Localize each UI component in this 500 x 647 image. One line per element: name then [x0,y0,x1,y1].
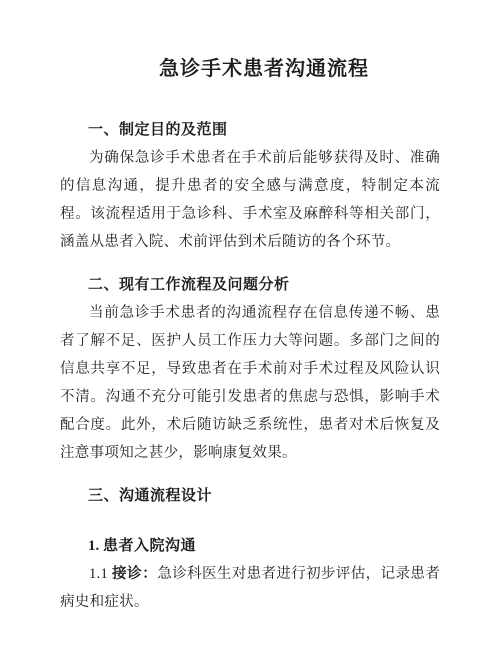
section-1-heading: 一、制定目的及范围 [60,116,440,144]
section-3-heading: 三、沟通流程设计 [60,482,440,510]
item-number: 1.1 [89,566,112,582]
subsection-1-title: 患者入院沟通 [103,537,196,554]
section-2-heading: 二、现有工作流程及问题分析 [60,271,440,299]
subsection-1-number: 1. [88,538,103,554]
subsection-1-item: 1.1 接诊：急诊科医生对患者进行初步评估，记录患者病史和症状。 [60,560,440,616]
document-page: 急诊手术患者沟通流程 一、制定目的及范围 为确保急诊手术患者在手术前后能够获得及… [0,0,500,647]
item-label: 接诊： [112,566,157,582]
section-1-paragraph: 为确保急诊手术患者在手术前后能够获得及时、准确的信息沟通，提升患者的安全感与满意… [60,144,440,256]
subsection-1-heading: 1. 患者入院沟通 [60,532,440,560]
document-title: 急诊手术患者沟通流程 [60,52,440,86]
section-2-paragraph: 当前急诊手术患者的沟通流程存在信息传递不畅、患者了解不足、医护人员工作压力大等问… [60,299,440,467]
